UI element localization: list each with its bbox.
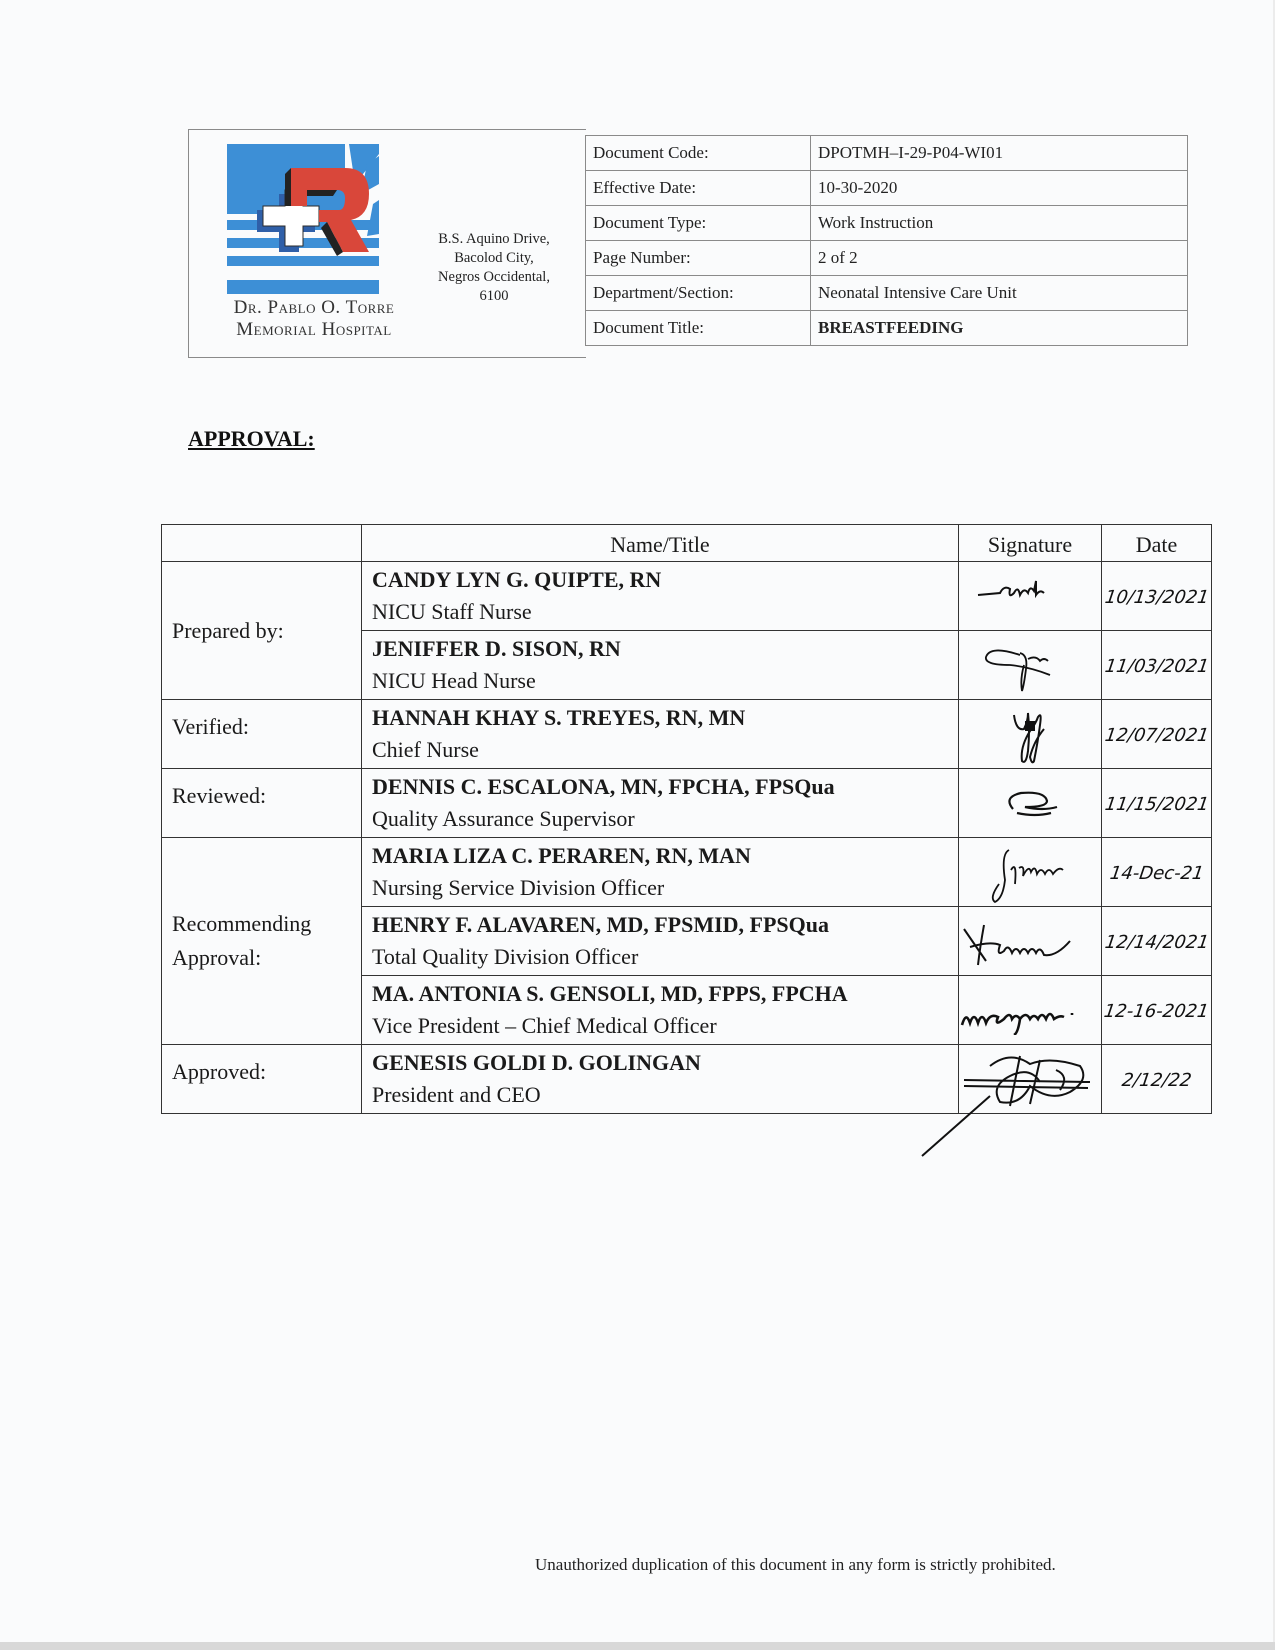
signed-date: 11/03/2021 [1103,656,1210,677]
person-title: Total Quality Division Officer [372,941,948,973]
table-row: Recommending Approval: MARIA LIZA C. PER… [162,838,1212,907]
meta-label: Effective Date: [586,171,811,206]
role-prepared-by: Prepared by: [162,562,362,700]
role-recommending-approval: Recommending Approval: [162,838,362,1045]
meta-label: Document Type: [586,206,811,241]
date-cell: 12/07/2021 [1102,700,1212,769]
approval-heading: APPROVAL: [188,426,315,452]
meta-label: Page Number: [586,241,811,276]
column-header-name-title: Name/Title [362,525,959,562]
date-cell: 12-16-2021 [1102,976,1212,1045]
person-cell: MARIA LIZA C. PERAREN, RN, MAN Nursing S… [362,838,959,907]
person-cell: DENNIS C. ESCALONA, MN, FPCHA, FPSQua Qu… [362,769,959,838]
person-name: HENRY F. ALAVAREN, MD, FPSMID, FPSQua [372,909,948,941]
signed-date: 10/13/2021 [1103,587,1210,608]
meta-row: Department/Section: Neonatal Intensive C… [586,276,1188,311]
handwritten-signature-icon [965,840,1095,904]
meta-value: 2 of 2 [811,241,1188,276]
approval-table: Name/Title Signature Date Prepared by: C… [161,524,1212,1114]
signed-date: 12-16-2021 [1103,1001,1211,1022]
meta-value: Work Instruction [811,206,1188,241]
person-title: NICU Head Nurse [372,665,948,697]
handwritten-signature-icon [995,783,1065,823]
person-cell: HANNAH KHAY S. TREYES, RN, MN Chief Nurs… [362,700,959,769]
address-line: Negros Occidental, [419,268,569,287]
signature-cell [959,976,1102,1045]
column-header-date: Date [1102,525,1212,562]
approval-header-row: Name/Title Signature Date [162,525,1212,562]
signed-date: 14-Dec-21 [1108,863,1205,884]
address-line: Bacolod City, [419,249,569,268]
table-row: Verified: HANNAH KHAY S. TREYES, RN, MN … [162,700,1212,769]
duplication-notice: Unauthorized duplication of this documen… [535,1555,1056,1575]
role-reviewed: Reviewed: [162,769,362,838]
hospital-address: B.S. Aquino Drive, Bacolod City, Negros … [419,230,569,306]
role-approved: Approved: [162,1045,362,1114]
signed-date: 12/14/2021 [1103,932,1210,953]
role-label-line-1: Recommending [172,911,311,936]
meta-row: Document Title: BREASTFEEDING [586,311,1188,346]
person-name: MARIA LIZA C. PERAREN, RN, MAN [372,840,948,872]
handwritten-signature-icon [970,571,1090,621]
role-label-line-2: Approval: [172,945,261,970]
handwritten-signature-icon [960,911,1100,971]
hospital-cross-r-logo-icon [227,144,379,296]
meta-row: Page Number: 2 of 2 [586,241,1188,276]
table-row: Prepared by: CANDY LYN G. QUIPTE, RN NIC… [162,562,1212,631]
signature-cell [959,838,1102,907]
meta-row: Document Type: Work Instruction [586,206,1188,241]
handwritten-signature-icon [960,985,1100,1035]
handwritten-signature-icon [1000,701,1060,767]
meta-label: Department/Section: [586,276,811,311]
signed-date: 2/12/22 [1120,1070,1192,1091]
person-title: President and CEO [372,1079,948,1111]
person-name: GENESIS GOLDI D. GOLINGAN [372,1047,948,1079]
meta-row: Effective Date: 10-30-2020 [586,171,1188,206]
hospital-name-line-1: Dr. Pablo O. Torre [189,297,439,319]
person-cell: HENRY F. ALAVAREN, MD, FPSMID, FPSQua To… [362,907,959,976]
table-row: Approved: GENESIS GOLDI D. GOLINGAN Pres… [162,1045,1212,1114]
date-cell: 12/14/2021 [1102,907,1212,976]
person-title: Chief Nurse [372,734,948,766]
signature-cell [959,907,1102,976]
date-cell: 11/03/2021 [1102,631,1212,700]
document-meta-table: Document Code: DPOTMH–I-29-P04-WI01 Effe… [585,135,1188,346]
person-cell: GENESIS GOLDI D. GOLINGAN President and … [362,1045,959,1114]
person-title: Quality Assurance Supervisor [372,803,948,835]
signature-cell [959,631,1102,700]
person-cell: MA. ANTONIA S. GENSOLI, MD, FPPS, FPCHA … [362,976,959,1045]
meta-value: DPOTMH–I-29-P04-WI01 [811,136,1188,171]
signed-date: 12/07/2021 [1103,725,1210,746]
person-cell: JENIFFER D. SISON, RN NICU Head Nurse [362,631,959,700]
address-line: 6100 [419,287,569,306]
signature-cell [959,769,1102,838]
document-title-value: BREASTFEEDING [811,311,1188,346]
signature-cell [959,1045,1102,1114]
role-verified: Verified: [162,700,362,769]
signature-cell [959,700,1102,769]
handwritten-signature-icon [960,1046,1100,1112]
date-cell: 2/12/22 [1102,1045,1212,1114]
column-header-signature: Signature [959,525,1102,562]
meta-row: Document Code: DPOTMH–I-29-P04-WI01 [586,136,1188,171]
person-name: JENIFFER D. SISON, RN [372,633,948,665]
date-cell: 11/15/2021 [1102,769,1212,838]
document-header: Dr. Pablo O. Torre Memorial Hospital B.S… [188,129,586,358]
person-title: Vice President – Chief Medical Officer [372,1010,948,1042]
hospital-name: Dr. Pablo O. Torre Memorial Hospital [189,297,439,341]
signed-date: 11/15/2021 [1103,794,1210,815]
person-title: NICU Staff Nurse [372,596,948,628]
hospital-name-line-2: Memorial Hospital [189,319,439,341]
address-line: B.S. Aquino Drive, [419,230,569,249]
meta-label: Document Title: [586,311,811,346]
person-name: MA. ANTONIA S. GENSOLI, MD, FPPS, FPCHA [372,978,948,1010]
person-title: Nursing Service Division Officer [372,872,948,904]
table-row: Reviewed: DENNIS C. ESCALONA, MN, FPCHA,… [162,769,1212,838]
person-cell: CANDY LYN G. QUIPTE, RN NICU Staff Nurse [362,562,959,631]
person-name: DENNIS C. ESCALONA, MN, FPCHA, FPSQua [372,771,948,803]
meta-value: Neonatal Intensive Care Unit [811,276,1188,311]
date-cell: 14-Dec-21 [1102,838,1212,907]
meta-value: 10-30-2020 [811,171,1188,206]
date-cell: 10/13/2021 [1102,562,1212,631]
person-name: CANDY LYN G. QUIPTE, RN [372,564,948,596]
handwritten-signature-icon [970,635,1090,695]
page-edge-bottom [0,1642,1275,1650]
person-name: HANNAH KHAY S. TREYES, RN, MN [372,702,948,734]
column-header-role [162,525,362,562]
meta-label: Document Code: [586,136,811,171]
signature-cell [959,562,1102,631]
